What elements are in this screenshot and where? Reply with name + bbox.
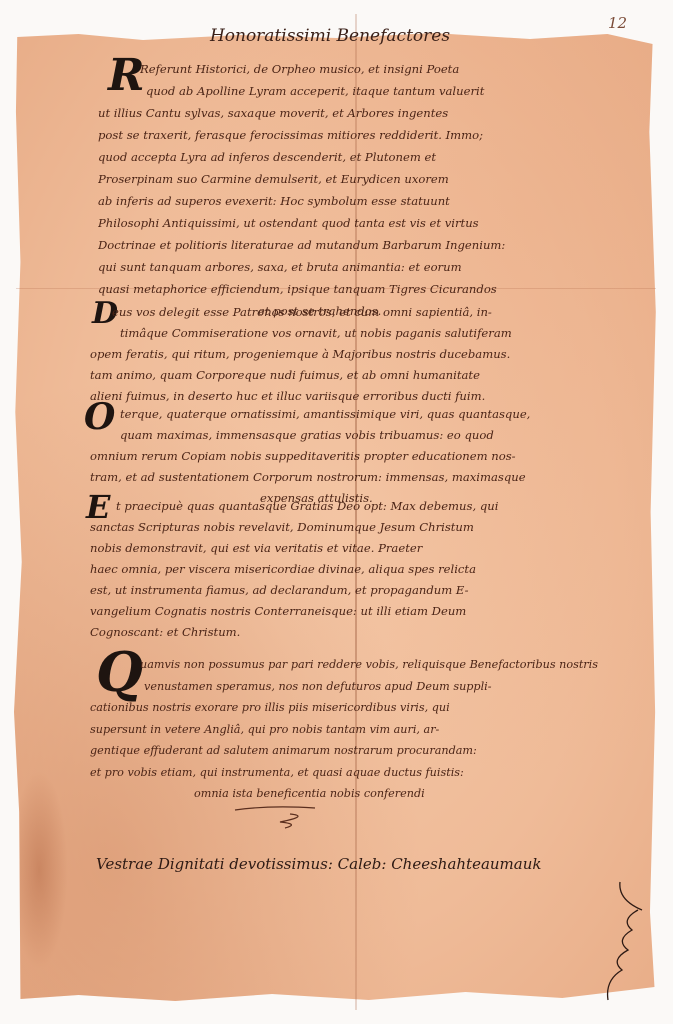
text-line: quod ab Apolline Lyram acceperit, itaque… bbox=[146, 80, 620, 102]
text-line: omnium rerum Copiam nobis suppeditaverit… bbox=[90, 446, 640, 467]
text-line: sanctas Scripturas nobis revelavit, Domi… bbox=[90, 517, 646, 538]
text-line: timâque Commiseratione vos ornavit, ut n… bbox=[120, 323, 632, 344]
folio-number: 12 bbox=[608, 14, 627, 32]
text-line: tram, et ad sustentationem Corporum nost… bbox=[90, 467, 640, 488]
drop-cap-o: O bbox=[84, 396, 115, 438]
text-line: quod accepta Lyra ad inferos descenderit… bbox=[98, 146, 620, 168]
text-line: nobis demonstravit, qui est via veritati… bbox=[90, 538, 646, 559]
paragraph-orpheus: Referunt Historici, de Orpheo musico, et… bbox=[140, 58, 620, 322]
text-line: Cognoscant: et Christum. bbox=[90, 622, 646, 643]
text-line: Referunt Historici, de Orpheo musico, et… bbox=[140, 58, 620, 80]
text-line: est, ut instrumenta fiamus, ad declarand… bbox=[90, 580, 646, 601]
text-line: terque, quaterque ornatissimi, amantissi… bbox=[120, 404, 640, 425]
signature: Vestrae Dignitati devotissimus: Caleb: C… bbox=[96, 855, 541, 873]
text-line: t praecipuè quas quantasque Gratias Deo … bbox=[116, 496, 646, 517]
text-line: gentique effuderant ad salutem animarum … bbox=[90, 740, 655, 762]
signature-flourish bbox=[560, 880, 650, 1010]
flourish-mark bbox=[230, 800, 330, 830]
text-line: Philosophi Antiquissimi, ut ostendant qu… bbox=[98, 212, 620, 234]
text-line: Doctrinae et politioris literaturae ad m… bbox=[98, 234, 620, 256]
drop-cap-q: Q bbox=[96, 640, 143, 704]
text-line: haec omnia, per viscera misericordiae di… bbox=[90, 559, 646, 580]
text-line: opem feratis, qui ritum, progeniemque à … bbox=[90, 344, 632, 365]
paragraph-quamvis: uamvis non possumus par pari reddere vob… bbox=[140, 654, 655, 805]
text-line: uamvis non possumus par pari reddere vob… bbox=[140, 654, 655, 676]
text-line: Proserpinam suo Carmine demulserit, et E… bbox=[98, 168, 620, 190]
paragraph-terque: terque, quaterque ornatissimi, amantissi… bbox=[120, 404, 640, 509]
text-line: post se traxerit, ferasque ferocissimas … bbox=[98, 124, 620, 146]
text-line: tam animo, quam Corporeque nudi fuimus, … bbox=[90, 365, 632, 386]
text-line: quasi metaphorice efficiendum, ipsique t… bbox=[98, 278, 620, 300]
paragraph-praecipue: t praecipuè quas quantasque Gratias Deo … bbox=[116, 496, 646, 643]
text-line: cationibus nostris exorare pro illis pii… bbox=[90, 697, 655, 719]
text-line: supersunt in vetere Angliâ, qui pro nobi… bbox=[90, 719, 655, 741]
water-stain bbox=[20, 770, 68, 970]
text-line: eus vos delegit esse Patronos nostros, e… bbox=[112, 302, 632, 323]
text-line: vangelium Cognatis nostris Conterraneisq… bbox=[90, 601, 646, 622]
text-line: quam maximas, immensasque gratias vobis … bbox=[120, 425, 640, 446]
text-line: ut illius Cantu sylvas, saxaque moverit,… bbox=[98, 102, 620, 124]
text-line: ab inferis ad superos evexerit: Hoc symb… bbox=[98, 190, 620, 212]
text-line: venustamen speramus, nos non defuturos a… bbox=[144, 676, 655, 698]
text-line: qui sunt tanquam arbores, saxa, et bruta… bbox=[98, 256, 620, 278]
text-line: et pro vobis etiam, qui instrumenta, et … bbox=[90, 762, 655, 784]
paragraph-deus: eus vos delegit esse Patronos nostros, e… bbox=[112, 302, 632, 407]
letter-title: Honoratissimi Benefactores bbox=[200, 26, 460, 46]
